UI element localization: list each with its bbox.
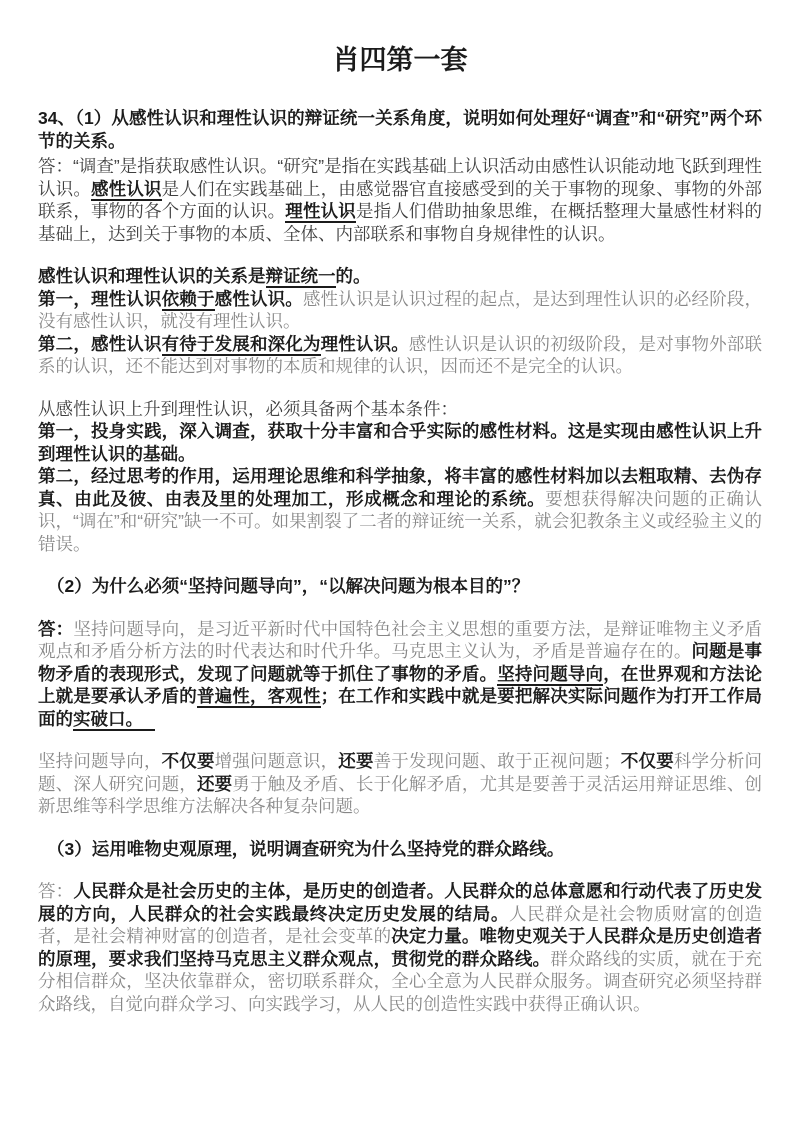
text-run: 普遍性，客观性 bbox=[197, 686, 321, 708]
text-run: 第二，感性认识 bbox=[38, 334, 162, 354]
text-run: 不仅要 bbox=[621, 751, 674, 771]
text-run: 不仅要 bbox=[162, 751, 215, 771]
relation-paragraph: 感性认识和理性认识的关系是辩证统一的。第一，理性认识依赖于感性认识。感性认识是认… bbox=[38, 265, 762, 378]
page-title: 肖四第一套 bbox=[38, 38, 762, 77]
problem-orientation-paragraph: 坚持问题导向，不仅要增强问题意识，还要善于发现问题、敢于正视问题；不仅要科学分析… bbox=[38, 750, 762, 818]
answer-2-paragraph: 答：坚持问题导向，是习近平新时代中国特色社会主义思想的重要方法，是辩证唯物主义矛… bbox=[38, 618, 762, 731]
text-run: 增强问题意识， bbox=[215, 751, 339, 771]
answer-3-paragraph: 答：人民群众是社会历史的主体，是历史的创造者。人民群众的总体意愿和行动代表了历史… bbox=[38, 880, 762, 1015]
text-run: 有待于发展和深化为 bbox=[162, 334, 321, 356]
text-run: 感性认识。 bbox=[215, 289, 303, 309]
text-run: 还要 bbox=[197, 774, 232, 794]
text-run: 感性认识 bbox=[91, 179, 162, 201]
text-run: 第一，理性认识 bbox=[38, 289, 162, 309]
text-run: 答： bbox=[38, 881, 73, 901]
text-run: 辩证统一 bbox=[266, 266, 336, 288]
text-run: 的。 bbox=[336, 266, 371, 286]
text-run: 34、（1）从感性认识和理性认识的辩证统一关系角度，说明如何处理好“调查”和“研… bbox=[38, 108, 762, 151]
question-3-heading: （3）运用唯物史观原理，说明调查研究为什么坚持党的群众路线。 bbox=[38, 838, 762, 861]
answer-1-paragraph: 答：“调查”是指获取感性认识。“研究”是指在实践基础上认识活动由感性认识能动地飞… bbox=[38, 155, 762, 245]
document-page: 肖四第一套 34、（1）从感性认识和理性认识的辩证统一关系角度，说明如何处理好“… bbox=[0, 0, 800, 1131]
text-run: 依赖于 bbox=[162, 289, 215, 311]
text-run: 坚持问题导向，是习近平新时代中国特色社会主义思想的重要方法，是辩证唯物主义矛盾观… bbox=[38, 619, 762, 662]
two-conditions-paragraph: 从感性认识上升到理性认识，必须具备两个基本条件：第一，投身实践，深入调查，获取十… bbox=[38, 398, 762, 556]
text-run: 善于发现问题、敢于正视问题； bbox=[374, 751, 621, 771]
text-run: 从感性认识上升到理性认识，必须具备两个基本条件： bbox=[38, 399, 458, 419]
text-run: （3）运用唯物史观原理，说明调查研究为什么坚持党的群众路线。 bbox=[47, 839, 564, 859]
text-run: 坚持问题导向， bbox=[38, 751, 162, 771]
text-run: 坚持问题导向 bbox=[497, 664, 603, 686]
text-run: 第一，投身实践，深入调查，获取十分丰富和合乎实际的感性材料。这是实现由感性认识上… bbox=[38, 421, 762, 464]
text-run: 答： bbox=[38, 619, 73, 639]
text-run: 感性认识和理性认识的关系是 bbox=[38, 266, 266, 286]
question-2-heading: （2）为什么必须“坚持问题导向”，“以解决问题为根本目的”？ bbox=[38, 575, 762, 598]
text-run: （2）为什么必须“坚持问题导向”，“以解决问题为根本目的”？ bbox=[47, 576, 529, 596]
text-run: 实破口。 bbox=[73, 709, 155, 731]
text-run: 还要 bbox=[338, 751, 373, 771]
text-run: 理性认识 bbox=[285, 201, 356, 223]
text-run: 理性认识。 bbox=[321, 334, 409, 354]
question-1-heading: 34、（1）从感性认识和理性认识的辩证统一关系角度，说明如何处理好“调查”和“研… bbox=[38, 107, 762, 152]
